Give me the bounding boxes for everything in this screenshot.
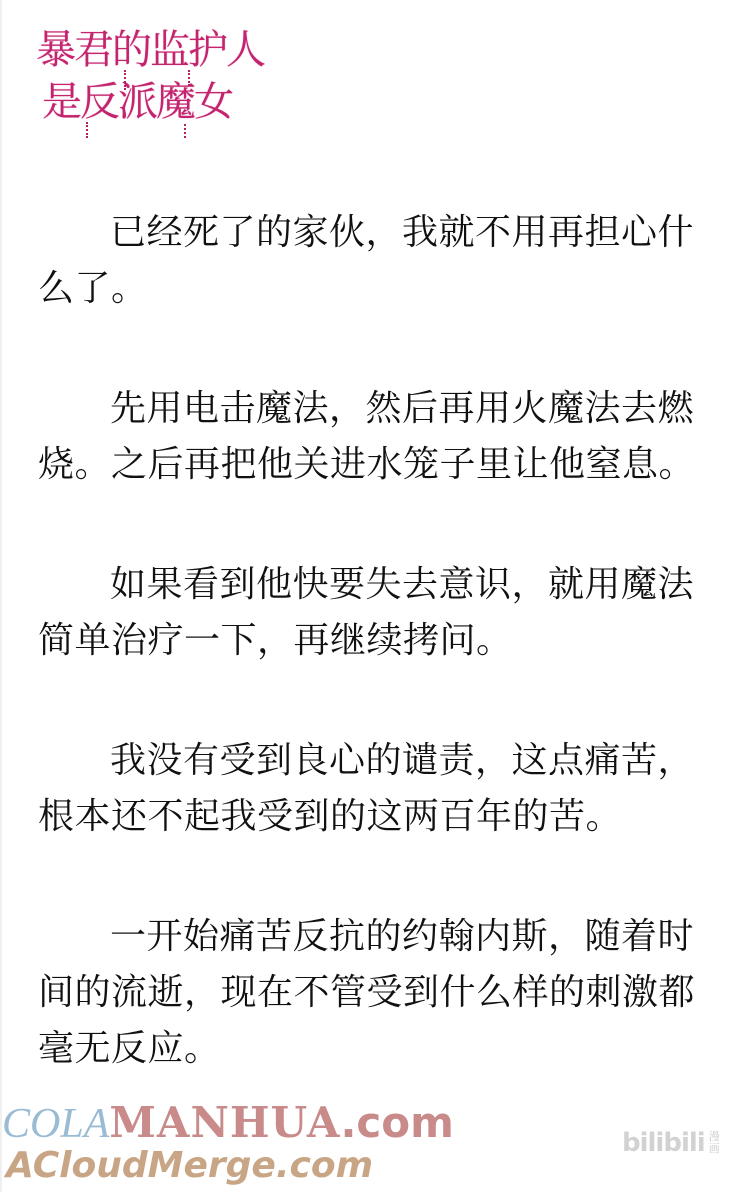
paragraph: 已经死了的家伙，我就不用再担心什么了。 [38, 205, 728, 317]
watermark-colamanhua: COLAMANHUA.com [2, 1102, 454, 1145]
page-edge [0, 0, 2, 1192]
comic-title-logo: 暴君的监护人 是反派魔女 [36, 26, 266, 136]
logo-decoration [188, 70, 192, 86]
paragraph: 一开始痛苦反抗的约翰内斯，随着时间的流逝，现在不管受到什么样的刺激都毫无反应。 [38, 909, 728, 1077]
paragraph: 先用电击魔法，然后再用火魔法去燃烧。之后再把他关进水笼子里让他窒息。 [38, 381, 728, 493]
watermark-cola: COLA [2, 1101, 109, 1147]
watermark-manhua: MANHUA [109, 1098, 340, 1147]
logo-title-line-2: 是反派魔女 [42, 82, 232, 122]
logo-decoration [184, 124, 188, 138]
logo-title-line-1: 暴君的监护人 [36, 30, 264, 70]
story-text: 已经死了的家伙，我就不用再担心什么了。 先用电击魔法，然后再用火魔法去燃烧。之后… [38, 205, 728, 1141]
logo-decoration [124, 70, 128, 90]
manhua-label-bottom: 画 [709, 1143, 720, 1155]
paragraph: 我没有受到良心的谴责，这点痛苦，根本还不起我受到的这两百年的苦。 [38, 733, 728, 845]
watermark-acloudmerge: ACloudMerge.com [6, 1148, 373, 1184]
paragraph: 如果看到他快要失去意识，就用魔法简单治疗一下，再继续拷问。 [38, 557, 728, 669]
manhua-label: 漫 画 [709, 1131, 720, 1155]
bilibili-manhua-logo: bilibili 漫 画 [622, 1128, 720, 1158]
watermark-com: .com [340, 1098, 453, 1147]
logo-decoration [86, 122, 90, 138]
bilibili-wordmark: bilibili [622, 1128, 705, 1158]
